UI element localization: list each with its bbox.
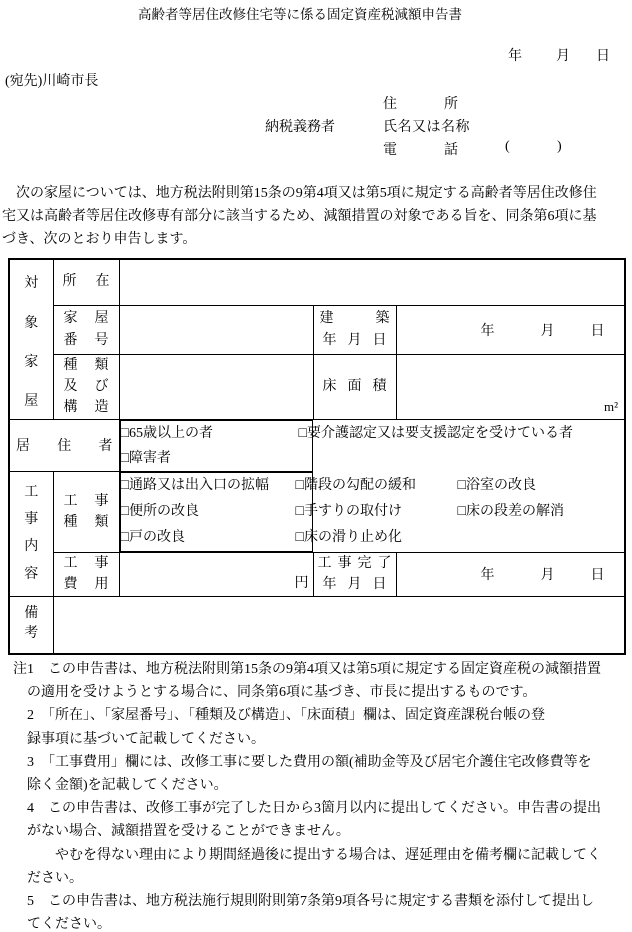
build-date-input[interactable]: 年 月 日 [396, 305, 625, 354]
intro-paragraph: 次の家屋については、地方税法附則第15条の9第4項又は第5項に規定する高齢者等居… [2, 182, 631, 252]
year-label: 年 [481, 320, 495, 340]
name-label: 氏名又は名称 [383, 116, 470, 136]
phone-paren-open: ( [505, 139, 510, 155]
checkbox-icon: □ [299, 426, 307, 441]
resident-label: 居 住 者 [9, 419, 119, 472]
note-line: 録事項に基づいて記載してください。 [27, 728, 631, 751]
day-label: 日 [591, 564, 605, 584]
intro-line: 宅又は高齢者等居住改修専有部分に該当するため、減額措置の対象である旨を、同条第6… [2, 205, 631, 228]
intro-line: 次の家屋については、地方税法附則第15条の9第4項又は第5項に規定する高齢者等居… [2, 182, 631, 205]
checkbox-icon: □ [458, 504, 466, 519]
checkbox-icon: □ [121, 504, 129, 519]
note-line: 3 「工事費用」欄には、改修工事に要した費用の額(補助金等及び居宅介護住宅改修費… [27, 751, 631, 774]
remarks-label: 備 考 [9, 596, 53, 654]
declaration-table: 対 象 家 屋 所 在 家 屋 番 号 [8, 258, 626, 655]
year-label: 年 [481, 564, 495, 584]
phone-paren-close: ) [557, 139, 562, 155]
house-number-input[interactable] [119, 305, 313, 354]
location-label: 所 在 [53, 259, 119, 305]
work-cost-label: 工 事 費 用 [53, 552, 119, 596]
note-line: 注1 この申告書は、地方税法附則第15条の9第4項又は第5項に規定する固定資産税… [13, 658, 631, 681]
intro-line: づき、次のとおり申告します。 [2, 228, 631, 251]
checkbox-icon: □ [121, 478, 129, 493]
address-label: 住 所 [383, 93, 458, 113]
day-label: 日 [591, 320, 605, 340]
group-label-target-house: 対 象 家 屋 [9, 259, 53, 419]
checkbox-option-door[interactable]: □戸の改良 [121, 525, 296, 551]
note-line: 4 この申告書は、改修工事が完了した日から3箇月以内に提出してください。申告書の… [27, 797, 631, 820]
remarks-input[interactable] [53, 596, 625, 654]
table-row: 家 屋 番 号 建 築 年 月 日 年 月 日 [9, 305, 625, 354]
note-line: 除く金額)を記載してください。 [27, 774, 631, 797]
completion-date-input[interactable]: 年 月 日 [396, 552, 625, 596]
note-line: がない場合、減額措置を受けることができません。 [27, 820, 631, 843]
checkbox-option-handrail[interactable]: □手すりの取付け [296, 499, 458, 525]
date-month-label: 月 [556, 45, 570, 65]
resident-options: □65歳以上の者 □要介護認定又は要支援認定を受けている者 □障害者 [120, 420, 314, 472]
checkbox-icon: □ [121, 451, 129, 466]
type-structure-label: 種 類 及 び 構 造 [53, 354, 119, 419]
floor-area-input[interactable]: m² [396, 354, 625, 419]
notes-section: 注1 この申告書は、地方税法附則第15条の9第4項又は第5項に規定する固定資産税… [13, 658, 631, 932]
checkbox-option-care-certified[interactable]: □要介護認定又は要支援認定を受けている者 [299, 421, 573, 446]
month-label: 月 [541, 564, 555, 584]
floor-area-label: 床 面 積 [313, 354, 396, 419]
note-line: てください。 [27, 913, 631, 932]
checkbox-option-disabled[interactable]: □障害者 [121, 446, 299, 471]
work-cost-input[interactable]: 円 [119, 552, 313, 596]
work-type-options: □通路又は出入口の拡幅 □階段の勾配の緩和 □浴室の改良 □便所の改良 □手すり… [120, 472, 314, 552]
house-number-label: 家 屋 番 号 [53, 305, 119, 354]
month-label: 月 [541, 320, 555, 340]
table-row: 種 類 及 び 構 造 床 面 積 m² [9, 354, 625, 419]
checkbox-option-passage-widening[interactable]: □通路又は出入口の拡幅 [121, 473, 296, 499]
group-label-work-content: 工 事 内 容 [9, 472, 53, 597]
type-structure-input[interactable] [119, 354, 313, 419]
phone-label: 電 話 [383, 139, 458, 159]
checkbox-icon: □ [121, 530, 129, 545]
date-year-label: 年 [508, 45, 522, 65]
checkbox-icon: □ [458, 478, 466, 493]
taxpayer-label: 納税義務者 [265, 116, 335, 136]
checkbox-option-anti-slip[interactable]: □床の滑り止め化 [296, 525, 458, 551]
work-type-label: 工 事 種 類 [53, 472, 119, 553]
checkbox-icon: □ [296, 530, 304, 545]
checkbox-icon: □ [296, 478, 304, 493]
yen-unit: 円 [295, 572, 309, 592]
note-line: 2 「所在」、「家屋番号」、「種類及び構造」、「床面積」欄は、固定資産課税台帳の… [27, 704, 631, 727]
completion-date-label: 工 事 完 了 年 月 日 [313, 552, 396, 596]
location-input[interactable] [119, 259, 625, 305]
page-title: 高齢者等居住改修住宅等に係る固定資産税減額申告書 [138, 3, 462, 23]
table-row: 工 事 費 用 円 工 事 完 了 年 月 日 年 [9, 552, 625, 596]
table-row: 工 事 内 容 工 事 種 類 □通路又は出入口の拡幅 □階段の勾配の緩和 □浴… [9, 472, 625, 553]
square-meter-unit: m² [604, 399, 618, 415]
note-line: ださい。 [27, 867, 631, 890]
note-line: 5 この申告書は、地方税法施行規則附則第7条第9項各号に規定する書類を添付して提… [27, 890, 631, 913]
note-line: の適用を受けようとする場合に、同条第6項に基づき、市長に提出するものです。 [27, 681, 631, 704]
checkbox-option-toilet[interactable]: □便所の改良 [121, 499, 296, 525]
checkbox-icon: □ [296, 504, 304, 519]
table-row: 対 象 家 屋 所 在 [9, 259, 625, 305]
checkbox-option-age65[interactable]: □65歳以上の者 [121, 421, 299, 446]
table-row: 備 考 [9, 596, 625, 654]
checkbox-option-floor-step[interactable]: □床の段差の解消 [458, 499, 564, 525]
checkbox-option-stair-slope[interactable]: □階段の勾配の緩和 [296, 473, 458, 499]
date-day-label: 日 [596, 45, 610, 65]
submission-date-field[interactable]: 年 月 日 [508, 45, 618, 63]
note-line: やむを得ない理由により期間経過後に提出する場合は、遅延理由を備考欄に記載してく [55, 844, 631, 867]
checkbox-option-bathroom[interactable]: □浴室の改良 [458, 473, 564, 499]
checkbox-icon: □ [121, 426, 129, 441]
addressee: (宛先)川崎市長 [5, 70, 98, 90]
build-date-label: 建 築 年 月 日 [313, 305, 396, 354]
table-row: 居 住 者 □65歳以上の者 □要介護認定又は要支援認定を受けている者 □障害者 [9, 419, 625, 472]
